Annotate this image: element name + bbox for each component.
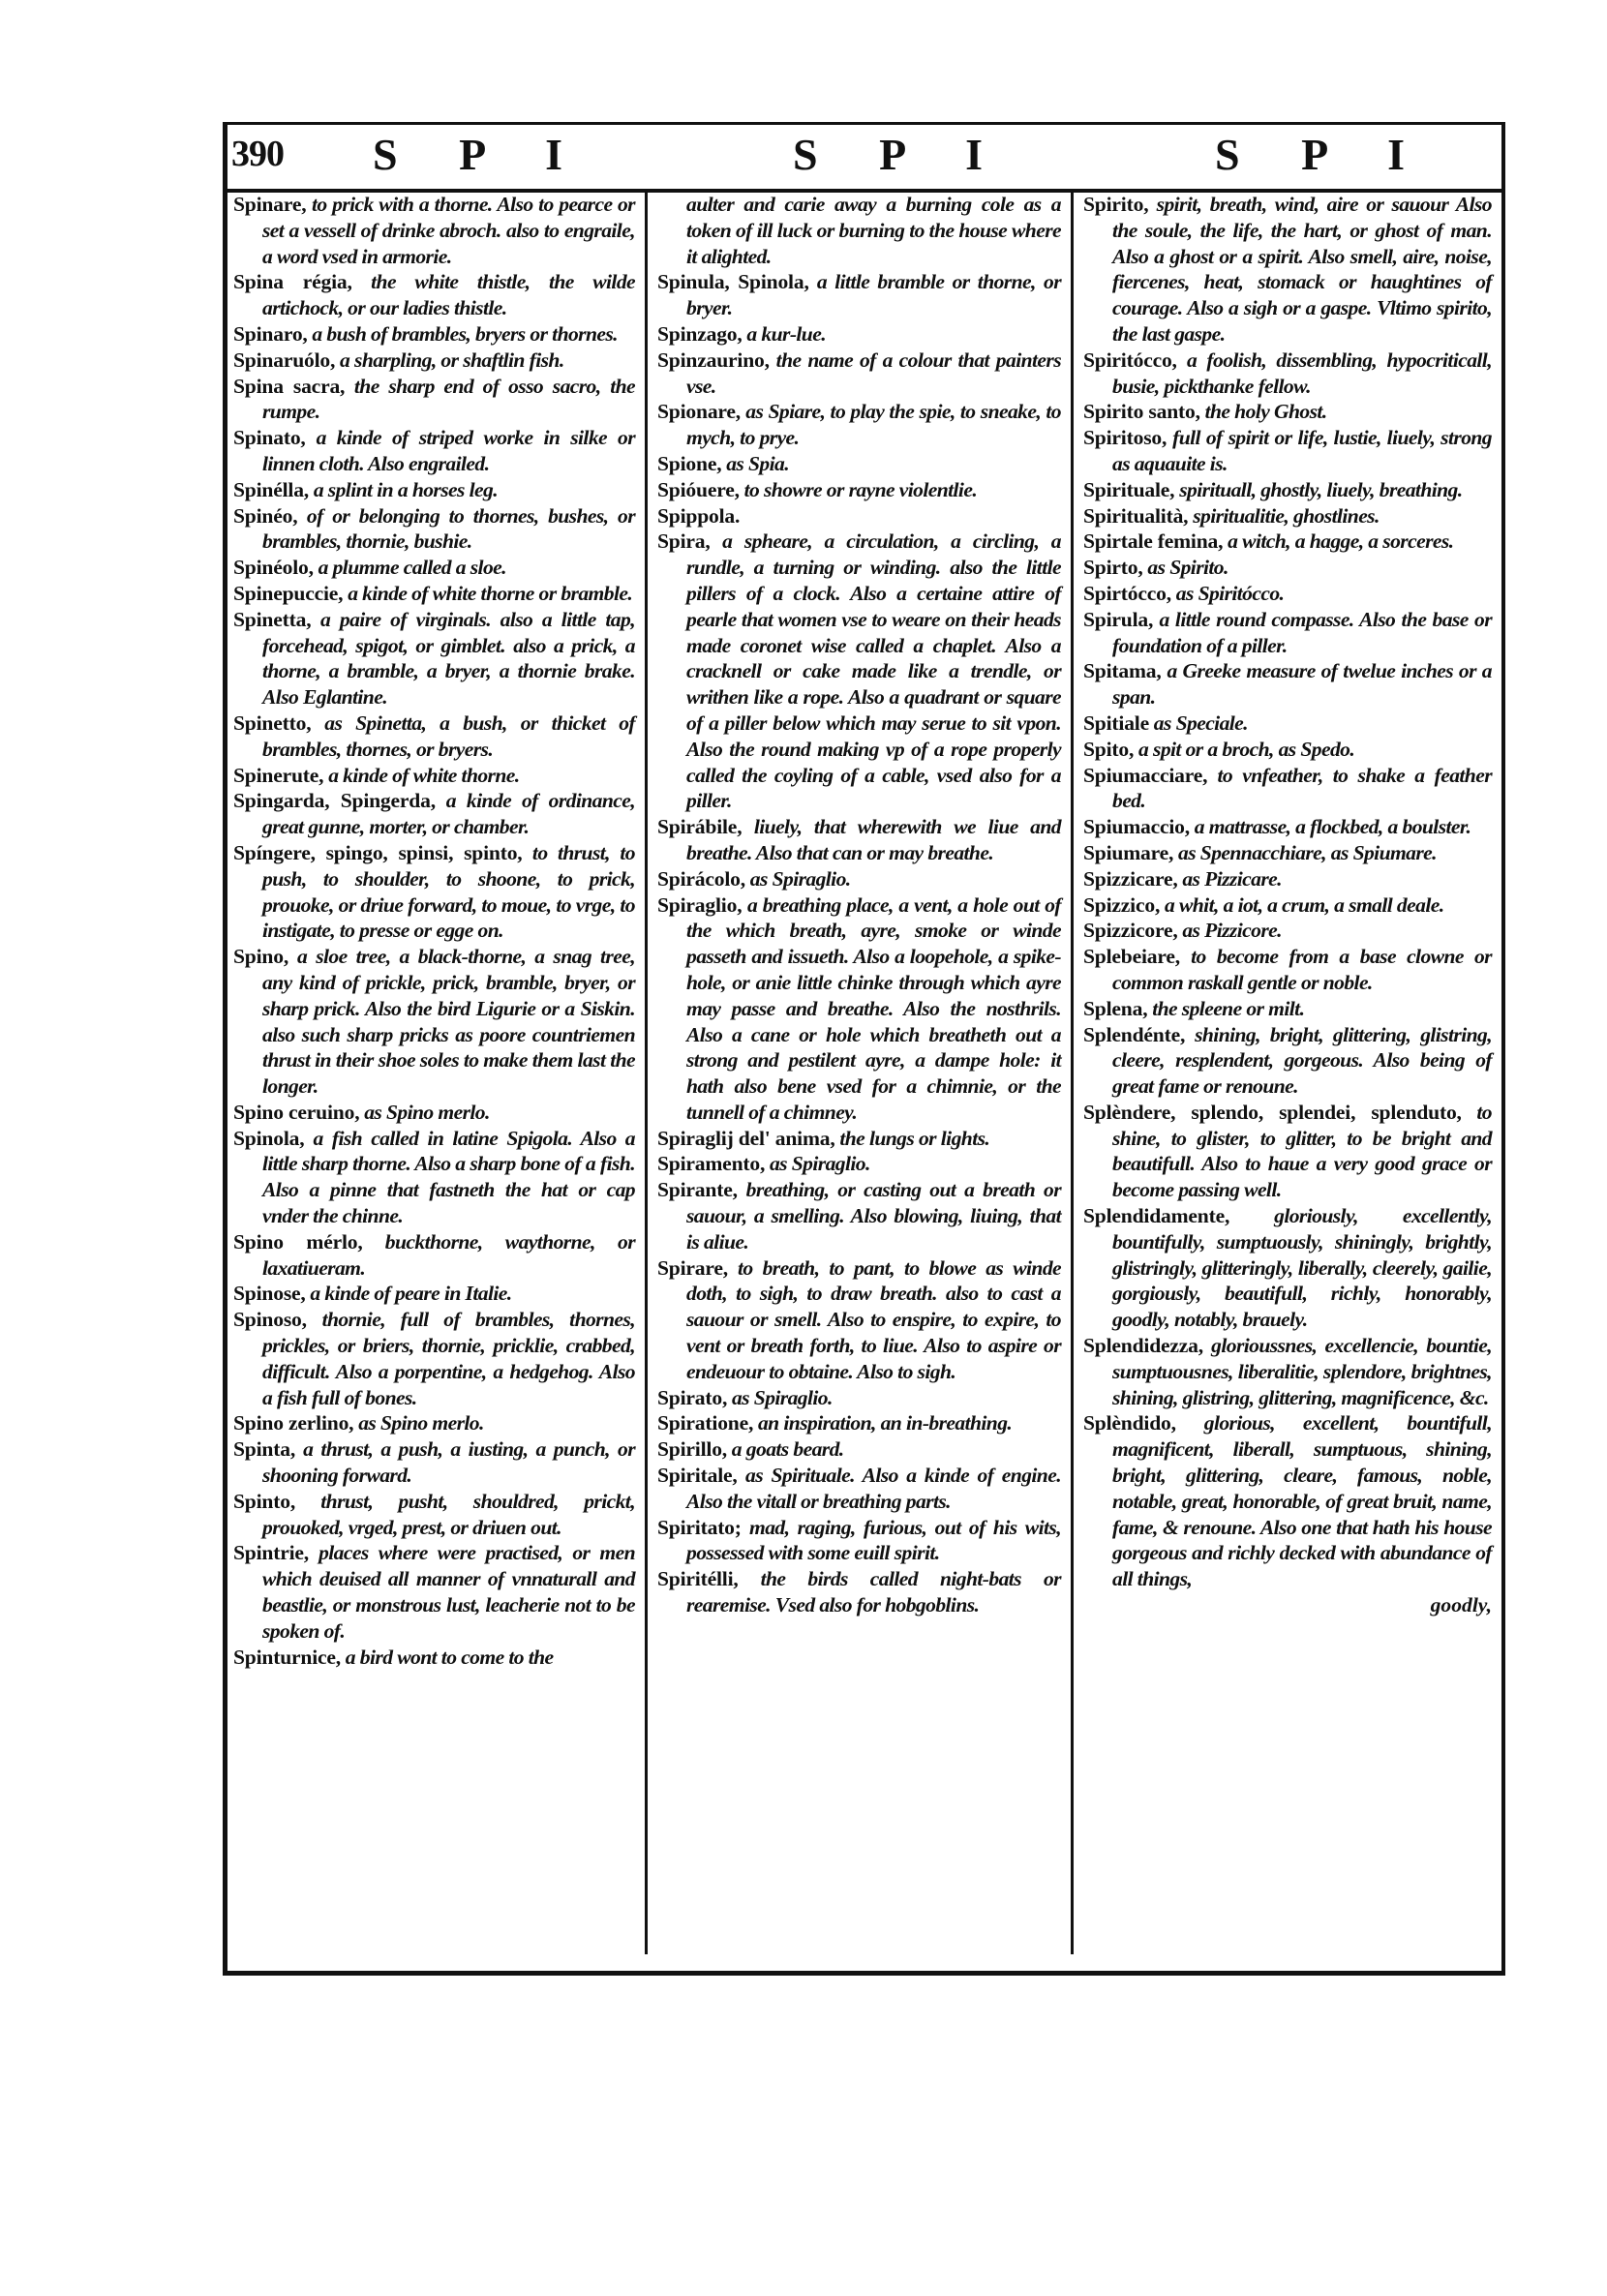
entry-headword: Spirituale, — [1083, 478, 1174, 501]
entry-definition: glorious, excellent, bountifull, magnifi… — [1112, 1411, 1492, 1590]
dictionary-entry: Spiraglij del' anima, the lungs or light… — [657, 1126, 1061, 1152]
entry-headword: Spinerute, — [233, 764, 323, 787]
entry-headword: Spinturnice, — [233, 1646, 341, 1669]
entry-definition: a sharpling, or shaftlin fish. — [335, 348, 563, 372]
entry-definition: the birds called night-bats or rearemise… — [686, 1567, 1061, 1616]
entry-headword: Splendidamente, — [1083, 1204, 1229, 1227]
entry-definition: a kur-lue. — [743, 322, 826, 346]
page-number: 390 — [231, 133, 284, 175]
entry-headword: Spinéolo, — [233, 556, 314, 579]
dictionary-entry: Spippola. — [657, 503, 1061, 529]
entry-definition: a mattrasse, a flockbed, a boulster. — [1190, 815, 1471, 838]
entry-headword: Spiritélli, — [657, 1567, 739, 1590]
dictionary-entry: Spizzicare, as Pizzicare. — [1083, 866, 1492, 892]
entry-definition: mad, raging, furious, out of his wits, p… — [686, 1516, 1061, 1565]
entry-headword: Spirillo, — [657, 1437, 727, 1461]
entry-definition: a whit, a iot, a crum, a small deale. — [1160, 893, 1443, 917]
entry-headword: Splebeiare, — [1083, 945, 1180, 968]
dictionary-entry: Spinose, a kinde of peare in Italie. — [233, 1281, 635, 1307]
dictionary-entry: Spiritualità, spiritualitie, ghostlines. — [1083, 503, 1492, 529]
dictionary-entry: Spíngere, spingo, spinsi, spinto, to thr… — [233, 840, 635, 944]
entry-headword: Spirare, — [657, 1256, 728, 1280]
dictionary-entry: Spirato, as Spiraglio. — [657, 1385, 1061, 1411]
dictionary-entry: Spinto, thrust, pusht, shouldred, prickt… — [233, 1489, 635, 1541]
dictionary-entry: Spizzico, a whit, a iot, a crum, a small… — [1083, 892, 1492, 919]
running-head-right: S P I — [1215, 129, 1430, 180]
dictionary-entry: Spirito santo, the holy Ghost. — [1083, 399, 1492, 425]
dictionary-entry: Spirillo, a goats beard. — [657, 1436, 1061, 1463]
entry-definition: a paire of virginals. also a little tap,… — [262, 608, 635, 709]
entry-definition: to breath, to pant, to blowe as winde do… — [686, 1256, 1061, 1383]
catchword: goodly, — [1083, 1592, 1492, 1618]
entry-definition: to prick with a thorne. Also to pearce o… — [262, 193, 635, 268]
entry-headword: Spiumaccio, — [1083, 815, 1190, 838]
entry-definition: a breathing place, a vent, a hole out of… — [686, 893, 1061, 1124]
text-columns: Spinare, to prick with a thorne. Also to… — [227, 190, 1501, 1954]
dictionary-entry: Splèndere, splendo, splendei, splenduto,… — [1083, 1100, 1492, 1203]
dictionary-entry: Spirácolo, as Spiraglio. — [657, 866, 1061, 892]
dictionary-entry: Spirula, a little round compasse. Also t… — [1083, 607, 1492, 659]
entry-headword: Spino ceruino, — [233, 1101, 359, 1124]
entry-headword: Spiritato; — [657, 1516, 742, 1539]
entry-definition: thrust, pusht, shouldred, prickt, prouok… — [262, 1490, 635, 1539]
entry-headword: Spiritócco, — [1083, 348, 1177, 372]
dictionary-entry: Spintrie, places where were practised, o… — [233, 1540, 635, 1644]
entry-headword: Spinepuccie, — [233, 582, 343, 605]
entry-headword: Spirato, — [657, 1386, 727, 1409]
entry-headword: Spintrie, — [233, 1541, 309, 1564]
entry-definition: as Spino merlo. — [353, 1411, 483, 1435]
dictionary-entry: Spinaruólo, a sharpling, or shaftlin fis… — [233, 347, 635, 374]
dictionary-entry: Spitiale as Speciale. — [1083, 710, 1492, 737]
entry-headword: Spino, — [233, 945, 288, 968]
entry-headword: Spiritoso, — [1083, 426, 1167, 449]
dictionary-entry: Spinepuccie, a kinde of white thorne or … — [233, 581, 635, 607]
entry-headword: Spina sacra, — [233, 375, 345, 398]
entry-definition: a goats beard. — [727, 1437, 844, 1461]
dictionary-entry: Spirábile, liuely, that wherewith we liu… — [657, 814, 1061, 866]
dictionary-entry: Spinéolo, a plumme called a sloe. — [233, 555, 635, 581]
column-3: Spirito, spirit, breath, wind, aire or s… — [1074, 190, 1501, 1954]
entry-definition: a witch, a hagge, a sorceres. — [1223, 529, 1453, 553]
dictionary-entry: Splèndido, glorious, excellent, bountifu… — [1083, 1410, 1492, 1592]
entry-definition: as Spiritócco. — [1171, 582, 1284, 605]
entry-definition: as Spirituale. Also a kinde of engine. A… — [686, 1464, 1061, 1513]
dictionary-entry: Splendénte, shining, bright, glittering,… — [1083, 1022, 1492, 1100]
entry-definition: a thrust, a push, a iusting, a punch, or… — [262, 1437, 635, 1487]
column-2: aulter and carie away a burning cole as … — [648, 190, 1074, 1954]
entry-headword: Splendidezza, — [1083, 1334, 1203, 1357]
entry-definition: full of spirit or life, lustie, liuely, … — [1112, 426, 1492, 475]
dictionary-entry: Spira, a spheare, a circulation, a circl… — [657, 529, 1061, 814]
dictionary-entry: Spino, a sloe tree, a black-thorne, a sn… — [233, 944, 635, 1100]
entry-definition: a kinde of white thorne or bramble. — [343, 582, 632, 605]
entry-definition: as Spiraglio. — [745, 867, 851, 891]
dictionary-entry: Spiumacciare, to vnfeather, to shake a f… — [1083, 763, 1492, 815]
entry-definition: as Spiraglio. — [765, 1152, 870, 1175]
dictionary-entry: Splena, the spleene or milt. — [1083, 996, 1492, 1022]
entry-definition: as Spiraglio. — [727, 1386, 833, 1409]
dictionary-entry: Spiumaccio, a mattrasse, a flockbed, a b… — [1083, 814, 1492, 840]
entry-headword: Spinetto, — [233, 711, 311, 735]
entry-definition: as Spinetta, a bush, or thicket of bramb… — [262, 711, 635, 761]
entry-headword: Spirácolo, — [657, 867, 745, 891]
footer-rule — [227, 1971, 1501, 1976]
entry-headword: Spinola, — [233, 1127, 304, 1150]
entry-headword: Splendénte, — [1083, 1023, 1185, 1046]
entry-headword: Spino mérlo, — [233, 1230, 363, 1254]
entry-headword: Spirante, — [657, 1178, 738, 1201]
entry-definition: the lungs or lights. — [835, 1127, 990, 1150]
entry-headword: Spito, — [1083, 738, 1134, 761]
entry-headword: Spirtócco, — [1083, 582, 1171, 605]
dictionary-entry: Spinta, a thrust, a push, a iusting, a p… — [233, 1436, 635, 1489]
dictionary-entry: Spinoso, thornie, full of brambles, thor… — [233, 1307, 635, 1410]
entry-definition: as Pizzicore. — [1178, 919, 1282, 942]
entry-definition: a spheare, a circulation, a circling, a … — [686, 529, 1061, 812]
entry-headword: Spinato, — [233, 426, 306, 449]
dictionary-entry: Spitama, a Greeke measure of twelue inch… — [1083, 658, 1492, 710]
dictionary-entry: Spinerute, a kinde of white thorne. — [233, 763, 635, 789]
entry-definition: as Spino merlo. — [359, 1101, 489, 1124]
entry-headword: Spinaro, — [233, 322, 308, 346]
entry-headword: Spina régia, — [233, 270, 352, 293]
entry-headword: Spinose, — [233, 1282, 306, 1305]
dictionary-entry: Spiraglio, a breathing place, a vent, a … — [657, 892, 1061, 1126]
entry-definition: to showre or rayne violentlie. — [740, 478, 977, 501]
entry-definition: spirituall, ghostly, liuely, breathing. — [1174, 478, 1462, 501]
dictionary-entry: Spino ceruino, as Spino merlo. — [233, 1100, 635, 1126]
entry-definition: a plumme called a sloe. — [314, 556, 506, 579]
entry-definition: a bush of brambles, bryers or thornes. — [308, 322, 618, 346]
dictionary-entry: Spino mérlo, buckthorne, waythorne, or l… — [233, 1229, 635, 1282]
dictionary-entry: Spirituale, spirituall, ghostly, liuely,… — [1083, 477, 1492, 503]
dictionary-entry: Spiumare, as Spennacchiare, as Spiumare. — [1083, 840, 1492, 866]
entry-definition: a sloe tree, a black-thorne, a snag tree… — [262, 945, 635, 1098]
entry-headword: Spinéo, — [233, 504, 297, 528]
entry-definition: as Spennacchiare, as Spiumare. — [1173, 841, 1437, 864]
dictionary-entry: Spinato, a kinde of striped worke in sil… — [233, 425, 635, 477]
dictionary-entry: Spingarda, Spingerda, a kinde of ordinan… — [233, 788, 635, 840]
entry-headword: Spirábile, — [657, 815, 742, 838]
entry-definition: a Greeke measure of twelue inches or a s… — [1112, 659, 1492, 709]
entry-definition: as Pizzicare. — [1178, 867, 1282, 891]
entry-headword: Spitama, — [1083, 659, 1162, 682]
entry-headword: Spinula, Spinola, — [657, 270, 809, 293]
dictionary-entry: Spinélla, a splint in a horses leg. — [233, 477, 635, 503]
entry-definition: a little round compasse. Also the base o… — [1112, 608, 1492, 657]
dictionary-entry: Spirito, spirit, breath, wind, aire or s… — [1083, 192, 1492, 347]
dictionary-entry: Spione, as Spia. — [657, 451, 1061, 477]
entry-headword: Splèndere, splendo, splendei, splenduto, — [1083, 1101, 1462, 1124]
entry-headword: Spiraglij del' anima, — [657, 1127, 835, 1150]
entry-headword: Spizzicare, — [1083, 867, 1178, 891]
entry-headword: Spinélla, — [233, 478, 309, 501]
dictionary-entry: Spinéo, of or belonging to thornes, bush… — [233, 503, 635, 556]
entry-headword: Spiritualità, — [1083, 504, 1188, 528]
entry-definition: of or belonging to thornes, bushes, or b… — [262, 504, 635, 554]
entry-headword: Spinzago, — [657, 322, 743, 346]
entry-headword: Spitiale — [1083, 711, 1149, 735]
entry-headword: Spinoso, — [233, 1308, 307, 1331]
entry-headword: Spinare, — [233, 193, 306, 216]
running-head-center: S P I — [793, 129, 1008, 180]
entry-headword: Spinaruólo, — [233, 348, 335, 372]
dictionary-entry: Spirtale femina, a witch, a hagge, a sor… — [1083, 529, 1492, 555]
dictionary-entry: Spiritato; mad, raging, furious, out of … — [657, 1515, 1061, 1567]
entry-headword: Spinta, — [233, 1437, 295, 1461]
dictionary-entry: Spiritélli, the birds called night-bats … — [657, 1566, 1061, 1618]
entry-headword: Spíngere, spingo, spinsi, spinto, — [233, 841, 523, 864]
running-head-left: S P I — [373, 129, 588, 180]
entry-headword: Splèndido, — [1083, 1411, 1176, 1435]
entry-headword: Spirito, — [1083, 193, 1148, 216]
entry-definition: as Spia. — [721, 452, 789, 475]
entry-definition: the spleene or milt. — [1147, 997, 1304, 1020]
dictionary-entry: Spirtócco, as Spiritócco. — [1083, 581, 1492, 607]
dictionary-entry: Spionare, as Spiare, to play the spie, t… — [657, 399, 1061, 451]
entry-headword: Spirto, — [1083, 556, 1143, 579]
dictionary-entry: Spinetta, a paire of virginals. also a l… — [233, 607, 635, 710]
dictionary-entry: Spinzaurino, the name of a colour that p… — [657, 347, 1061, 400]
dictionary-entry: Spina sacra, the sharp end of osso sacro… — [233, 374, 635, 426]
entry-definition: a splint in a horses leg. — [309, 478, 498, 501]
entry-definition: a spit or a broch, as Spedo. — [1134, 738, 1354, 761]
entry-headword: Spiraglio, — [657, 893, 742, 917]
continued-entry-text: aulter and carie away a burning cole as … — [657, 192, 1061, 269]
entry-definition: the holy Ghost. — [1200, 400, 1327, 423]
entry-definition: as Spiare, to play the spie, to sneake, … — [686, 400, 1061, 449]
entry-definition: thornie, full of brambles, thornes, pric… — [262, 1308, 635, 1408]
dictionary-entry: Spinetto, as Spinetta, a bush, or thicke… — [233, 710, 635, 763]
dictionary-entry: Spióuere, to showre or rayne violentlie. — [657, 477, 1061, 503]
entry-definition: as Spirito. — [1143, 556, 1228, 579]
dictionary-entry: Spiritócco, a foolish, dissembling, hypo… — [1083, 347, 1492, 400]
dictionary-entry: Spito, a spit or a broch, as Spedo. — [1083, 737, 1492, 763]
entry-definition: as Speciale. — [1149, 711, 1248, 735]
entry-headword: Spiratione, — [657, 1411, 753, 1435]
entry-definition: a kinde of white thorne. — [323, 764, 519, 787]
dictionary-entry: Spirto, as Spirito. — [1083, 555, 1492, 581]
entry-headword: Spinetta, — [233, 608, 311, 631]
entry-definition: a kinde of peare in Italie. — [306, 1282, 512, 1305]
entry-headword: Splena, — [1083, 997, 1147, 1020]
entry-headword: Spionare, — [657, 400, 741, 423]
dictionary-entry: Spirante, breathing, or casting out a br… — [657, 1177, 1061, 1254]
dictionary-entry: Splendidezza, glorioussnes, excellencie,… — [1083, 1333, 1492, 1410]
entry-definition: a kinde of striped worke in silke or lin… — [262, 426, 635, 475]
entry-headword: Spirito santo, — [1083, 400, 1200, 423]
entry-definition: spiritualitie, ghostlines. — [1188, 504, 1379, 528]
entry-headword: Spione, — [657, 452, 721, 475]
entry-headword: Spinto, — [233, 1490, 295, 1513]
entry-definition: places where were practised, or men whic… — [262, 1541, 635, 1642]
entry-headword: Spingarda, Spingerda, — [233, 789, 436, 812]
dictionary-entry: Spina régia, the white thistle, the wild… — [233, 269, 635, 321]
dictionary-entry: Splebeiare, to become from a base clowne… — [1083, 944, 1492, 996]
dictionary-entry: Spizzicore, as Pizzicore. — [1083, 918, 1492, 944]
dictionary-entry: Spinula, Spinola, a little bramble or th… — [657, 269, 1061, 321]
dictionary-entry: Spinare, to prick with a thorne. Also to… — [233, 192, 635, 269]
dictionary-entry: Spiritoso, full of spirit or life, lusti… — [1083, 425, 1492, 477]
page-header: 390 S P I S P I S P I — [227, 122, 1501, 193]
entry-definition: liuely, that wherewith we liue and breat… — [686, 815, 1061, 864]
dictionary-entry: Spiramento, as Spiraglio. — [657, 1151, 1061, 1177]
dictionary-entry: Splendidamente, gloriously, excellently,… — [1083, 1203, 1492, 1333]
entry-headword: Spiramento, — [657, 1152, 765, 1175]
entry-definition: a bird wont to come to the — [341, 1646, 554, 1669]
entry-headword: Spino zerlino, — [233, 1411, 353, 1435]
entry-headword: Spirula, — [1083, 608, 1153, 631]
column-1: Spinare, to prick with a thorne. Also to… — [227, 190, 648, 1954]
dictionary-entry: Spinaro, a bush of brambles, bryers or t… — [233, 321, 635, 347]
dictionary-entry: Spinturnice, a bird wont to come to the — [233, 1645, 635, 1671]
dictionary-page: 390 S P I S P I S P I Spinare, to prick … — [223, 122, 1505, 1976]
entry-headword: Spióuere, — [657, 478, 740, 501]
dictionary-entry: Spino zerlino, as Spino merlo. — [233, 1410, 635, 1436]
entry-headword: Spippola. — [657, 504, 740, 528]
entry-headword: Spiumare, — [1083, 841, 1173, 864]
entry-headword: Spizzicore, — [1083, 919, 1178, 942]
entry-headword: Spira, — [657, 529, 711, 553]
entry-headword: Spizzico, — [1083, 893, 1160, 917]
entry-definition: spirit, breath, wind, aire or sauour Als… — [1112, 193, 1492, 346]
entry-definition: a fish called in latine Spigola. Also a … — [262, 1127, 635, 1227]
entry-definition: an inspiration, an in-breathing. — [753, 1411, 1012, 1435]
dictionary-entry: Spinola, a fish called in latine Spigola… — [233, 1126, 635, 1229]
dictionary-entry: Spirare, to breath, to pant, to blowe as… — [657, 1255, 1061, 1385]
entry-headword: Spiumacciare, — [1083, 764, 1207, 787]
entry-headword: Spiritale, — [657, 1464, 738, 1487]
entry-definition: breathing, or casting out a breath or sa… — [686, 1178, 1061, 1254]
dictionary-entry: Spiratione, an inspiration, an in-breath… — [657, 1410, 1061, 1436]
entry-headword: Spinzaurino, — [657, 348, 770, 372]
dictionary-entry: Spiritale, as Spirituale. Also a kinde o… — [657, 1463, 1061, 1515]
dictionary-entry: Spinzago, a kur-lue. — [657, 321, 1061, 347]
entry-headword: Spirtale femina, — [1083, 529, 1223, 553]
